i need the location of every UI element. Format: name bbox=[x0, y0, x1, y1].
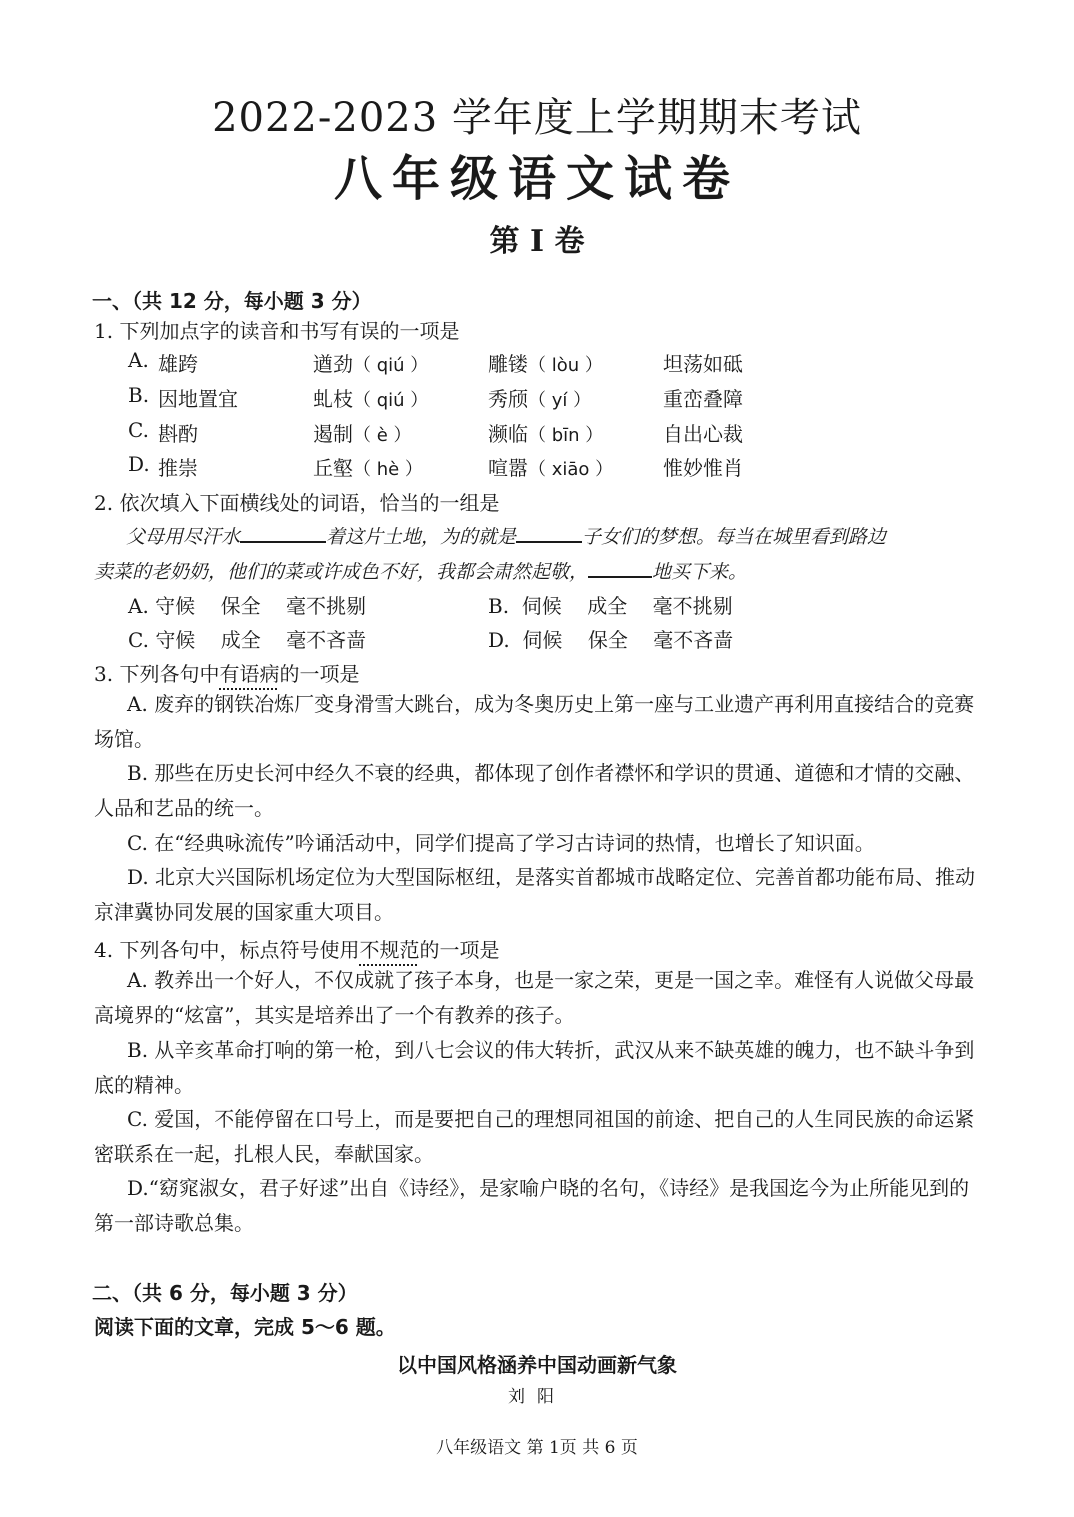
q3-emphasis: 有语病 bbox=[219, 662, 279, 686]
q2-passage-line1: 父母用尽汗水着这片土地，为的就是子女们的梦想。每当在城里看到路边 bbox=[126, 522, 886, 549]
q1-option-c-c2: 遏制（ è ） bbox=[313, 418, 412, 447]
blank-3 bbox=[588, 558, 652, 578]
q2-stem: 2. 依次填入下面横线处的词语，恰当的一组是 bbox=[94, 487, 499, 516]
q3-option-b: B. 那些在历史长河中经久不衰的经典，都体现了创作者襟怀和学识的贯通、道德和才情… bbox=[94, 756, 978, 825]
q4-emphasis: 不规范 bbox=[359, 938, 419, 962]
q1-stem: 1. 下列加点字的读音和书写有误的一项是 bbox=[94, 315, 459, 344]
q1-option-d-label: D. bbox=[128, 452, 150, 476]
exam-title: 2022-2023 学年度上学期期末考试 bbox=[0, 86, 1074, 143]
volume-label: 第 I 卷 bbox=[0, 216, 1074, 260]
q4-option-c: C. 爱国，不能停留在口号上，而是要把自己的理想同祖国的前途、把自己的人生同民族… bbox=[94, 1102, 978, 1171]
q1-option-b-c4: 重峦叠障 bbox=[663, 383, 743, 412]
q1-option-a-label: A. bbox=[128, 348, 149, 372]
article-author: 刘阳 bbox=[0, 1382, 1074, 1407]
blank-1 bbox=[240, 523, 326, 543]
q3-option-c: C. 在“经典咏流传”吟诵活动中，同学们提高了学习古诗词的热情，也增长了知识面。 bbox=[94, 826, 978, 861]
section1-heading: 一、（共 12 分，每小题 3 分） bbox=[92, 285, 372, 314]
q1-option-b-c1: 因地置宜 bbox=[158, 383, 238, 412]
q2-option-a: A. 守候 保全 毫不挑剔 bbox=[128, 590, 366, 619]
q4-stem: 4. 下列各句中，标点符号使用不规范的一项是 bbox=[94, 934, 499, 963]
q1-option-c-c4: 自出心裁 bbox=[663, 418, 743, 447]
q3-stem: 3. 下列各句中有语病的一项是 bbox=[94, 658, 359, 687]
blank-2 bbox=[516, 523, 582, 543]
q2-passage-line2: 卖菜的老奶奶，他们的菜或许成色不好，我都会肃然起敬，地买下来。 bbox=[94, 557, 747, 584]
q4-option-b: B. 从辛亥革命打响的第一枪，到八七会议的伟大转折，武汉从来不缺英雄的魄力，也不… bbox=[94, 1033, 978, 1102]
q1-option-d-c2: 丘壑（ hè ） bbox=[313, 452, 423, 481]
q1-option-d-c1: 推崇 bbox=[158, 452, 198, 481]
q1-option-a-c2: 遒劲（ qiú ） bbox=[313, 348, 428, 377]
section2-instruction: 阅读下面的文章，完成 5～6 题。 bbox=[94, 1311, 396, 1340]
q1-option-a-c1: 雄跨 bbox=[158, 348, 198, 377]
q4-option-d: D.“窈窕淑女，君子好逑”出自《诗经》，是家喻户晓的名句，《诗经》是我国迄今为止… bbox=[94, 1171, 978, 1240]
q2-option-c: C. 守候 成全 毫不吝啬 bbox=[128, 624, 366, 653]
q1-option-b-c2: 虬枝（ qiú ） bbox=[313, 383, 428, 412]
q1-option-a-c3: 雕镂（ lòu ） bbox=[488, 348, 603, 377]
q1-option-c-label: C. bbox=[128, 418, 149, 442]
q1-option-d-c4: 惟妙惟肖 bbox=[663, 452, 743, 481]
paper-title: 八年级语文试卷 bbox=[0, 140, 1074, 209]
q1-option-a-c4: 坦荡如砥 bbox=[663, 348, 743, 377]
q4-option-a: A. 教养出一个好人，不仅成就了孩子本身，也是一家之荣，更是一国之幸。难怪有人说… bbox=[94, 963, 978, 1032]
q1-option-c-c3: 濒临（ bīn ） bbox=[488, 418, 603, 447]
q3-option-a: A. 废弃的钢铁冶炼厂变身滑雪大跳台，成为冬奥历史上第一座与工业遗产再利用直接结… bbox=[94, 687, 978, 756]
article-title: 以中国风格涵养中国动画新气象 bbox=[0, 1349, 1074, 1378]
q1-option-d-c3: 喧嚣（ xiāo ） bbox=[488, 452, 613, 481]
q2-option-b: B. 伺候 成全 毫不挑剔 bbox=[488, 590, 733, 619]
q1-option-c-c1: 斟酌 bbox=[158, 418, 198, 447]
q1-option-b-label: B. bbox=[128, 383, 149, 407]
q2-option-d: D. 伺候 保全 毫不吝啬 bbox=[488, 624, 733, 653]
q3-option-d: D. 北京大兴国际机场定位为大型国际枢纽，是落实首都城市战略定位、完善首都功能布… bbox=[94, 860, 978, 929]
q1-option-b-c3: 秀颀（ yí ） bbox=[488, 383, 591, 412]
page-footer: 八年级语文 第 1页 共 6 页 bbox=[0, 1433, 1074, 1458]
section2-heading: 二、（共 6 分，每小题 3 分） bbox=[92, 1277, 358, 1306]
